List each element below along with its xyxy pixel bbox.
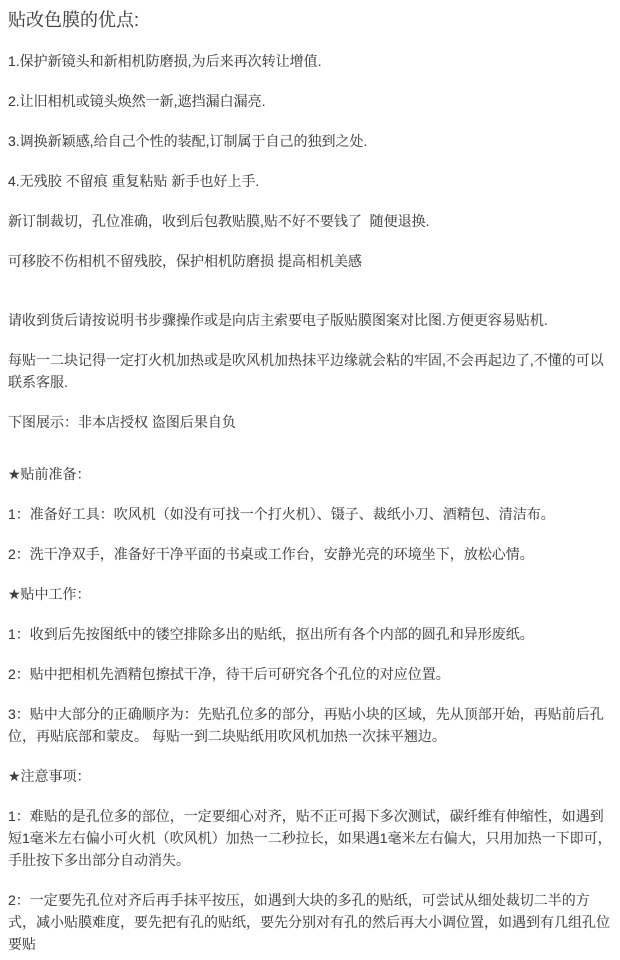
applying-step-3: 3：贴中大部分的正确顺序为：先贴孔位多的部分，再贴小块的区域，先从顶部开始，再贴… [8,703,612,747]
benefit-item-4: 4.无残胶 不留痕 重复粘贴 新手也好上手. [8,170,612,192]
caution-item-2: 2：一定要先孔位对齐后再手抹平按压，如遇到大块的多孔的贴纸，可尝试从细处裁切二半… [8,889,612,955]
benefits-title: 贴改色膜的优点: [8,8,612,32]
section-title-applying: ★贴中工作： [8,583,612,605]
note-custom-cut: 新订制裁切，孔位准确，收到后包教贴膜,贴不好不要钱了 随便退换. [8,210,612,232]
benefit-item-2: 2.让旧相机或镜头焕然一新,遮挡漏白漏亮. [8,90,612,112]
benefit-item-3: 3.调换新颖感,给自己个性的装配,订制属于自己的独到之处. [8,130,612,152]
note-heating-tip: 每贴一二块记得一定打火机加热或是吹风机加热抹平边缘就会粘的牢固,不会再起边了,不… [8,349,612,393]
note-instructions: 请收到货后请按说明书步骤操作或是向店主索要电子版贴膜图案对比图.方便更容易贴机. [8,309,612,331]
prep-step-2: 2：洗干净双手，准备好干净平面的书桌或工作台，安静光亮的环境坐下，放松心情。 [8,543,612,565]
caution-item-1: 1：难贴的是孔位多的部位，一定要细心对齐，贴不正可揭下多次测试，碳纤维有伸缩性，… [8,805,612,871]
product-description-page: 贴改色膜的优点: 1.保护新镜头和新相机防磨损,为后来再次转让增值. 2.让旧相… [0,0,620,960]
benefit-item-1: 1.保护新镜头和新相机防磨损,为后来再次转让增值. [8,50,612,72]
section-title-cautions: ★注意事项： [8,765,612,787]
note-removable-glue: 可移胶不伤相机不留残胶，保护相机防磨损 提高相机美感 [8,250,612,272]
applying-step-2: 2：贴中把相机先酒精包擦拭干净，待干后可研究各个孔位的对应位置。 [8,663,612,685]
applying-step-1: 1：收到后先按图纸中的镂空排除多出的贴纸，抠出所有各个内部的圆孔和异形废纸。 [8,623,612,645]
note-anti-theft: 下图展示：非本店授权 盗图后果自负 [8,411,612,433]
prep-step-1: 1：准备好工具：吹风机（如没有可找一个打火机）、镊子、裁纸小刀、酒精包、清洁布。 [8,503,612,525]
section-title-preparation: ★贴前准备： [8,463,612,485]
